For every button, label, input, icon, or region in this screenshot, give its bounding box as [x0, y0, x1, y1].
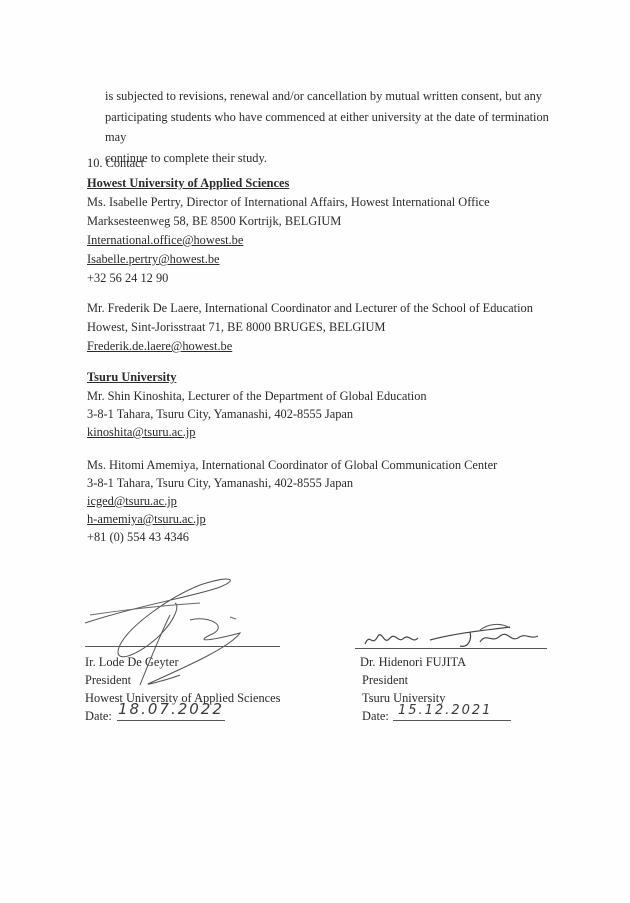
termination-paragraph: is subjected to revisions, renewal and/o… — [105, 86, 565, 168]
email-link[interactable]: Frederik.de.laere@howest.be — [87, 338, 232, 354]
signatory-title: President — [362, 672, 408, 688]
date-line-left — [117, 720, 225, 721]
contact-name-line: Ms. Isabelle Pertry, Director of Interna… — [87, 194, 490, 210]
contact-address: 3-8-1 Tahara, Tsuru City, Yamanashi, 402… — [87, 406, 353, 422]
paragraph-line: participating students who have commence… — [105, 107, 565, 148]
signatory-title: President — [85, 672, 131, 688]
contact-phone: +32 56 24 12 90 — [87, 270, 168, 286]
contact-name-line: Ms. Hitomi Amemiya, International Coordi… — [87, 457, 497, 473]
howest-heading: Howest University of Applied Sciences — [87, 175, 289, 191]
date-line-right — [393, 720, 511, 721]
email-link[interactable]: h-amemiya@tsuru.ac.jp — [87, 511, 206, 527]
contact-address: 3-8-1 Tahara, Tsuru City, Yamanashi, 402… — [87, 475, 353, 491]
document-page: is subjected to revisions, renewal and/o… — [0, 0, 630, 903]
section-title: 10. Contact — [87, 155, 144, 171]
email-link[interactable]: icged@tsuru.ac.jp — [87, 493, 177, 509]
contact-name-line: Mr. Frederik De Laere, International Coo… — [87, 300, 533, 316]
email-link[interactable]: International.office@howest.be — [87, 232, 243, 248]
signatory-name: Ir. Lode De Geyter — [85, 654, 179, 670]
email-link[interactable]: Isabelle.pertry@howest.be — [87, 251, 220, 267]
date-handwritten: 15.12.2021 — [398, 703, 492, 718]
signature-line-right — [355, 648, 547, 649]
paragraph-line: is subjected to revisions, renewal and/o… — [105, 86, 565, 107]
signature-line-left — [85, 646, 280, 647]
tsuru-heading: Tsuru University — [87, 369, 176, 385]
date-label: Date: — [362, 708, 389, 724]
signatory-name: Dr. Hidenori FUJITA — [360, 654, 466, 670]
date-label: Date: — [85, 708, 112, 724]
contact-address: Howest, Sint-Jorisstraat 71, BE 8000 BRU… — [87, 319, 385, 335]
contact-address: Marksesteenweg 58, BE 8500 Kortrijk, BEL… — [87, 213, 341, 229]
contact-name-line: Mr. Shin Kinoshita, Lecturer of the Depa… — [87, 388, 427, 404]
paragraph-line: continue to complete their study. — [105, 148, 565, 169]
email-link[interactable]: kinoshita@tsuru.ac.jp — [87, 424, 195, 440]
date-handwritten: 18.07.2022 — [118, 700, 224, 718]
contact-phone: +81 (0) 554 43 4346 — [87, 529, 189, 545]
